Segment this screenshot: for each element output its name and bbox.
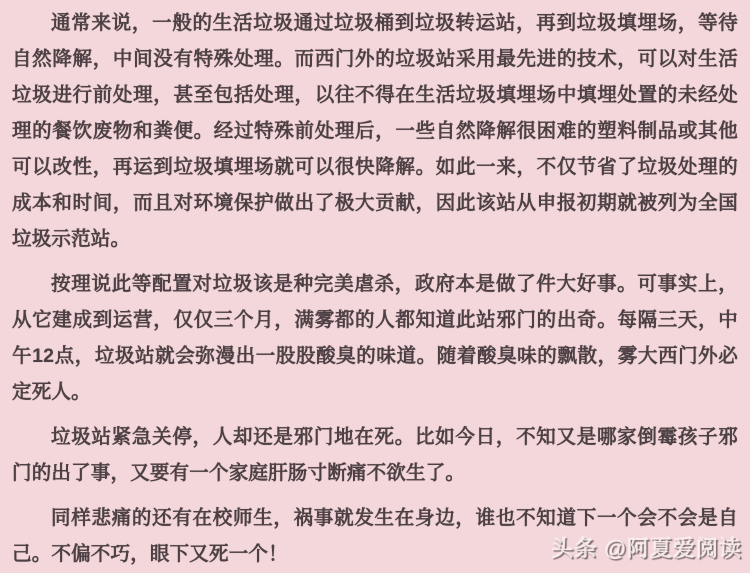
paragraph-1: 通常来说，一般的生活垃圾通过垃圾桶到垃圾转运站，再到垃圾填埋场，等待自然降解，中… [12,5,738,257]
paragraph-3: 垃圾站紧急关停，人却还是邪门地在死。比如今日，不知又是哪家倒霉孩子邪门的出了事，… [12,419,738,491]
watermark: 头条 @阿夏爱阅读 [551,532,742,563]
watermark-text: 头条 @阿夏爱阅读 [551,536,742,561]
article-page: 通常来说，一般的生活垃圾通过垃圾桶到垃圾转运站，再到垃圾填埋场，等待自然降解，中… [0,0,750,573]
paragraph-2: 按理说此等配置对垃圾该是种完美虐杀，政府本是做了件大好事。可事实上，从它建成到运… [12,266,738,410]
article-body: 通常来说，一般的生活垃圾通过垃圾桶到垃圾转运站，再到垃圾填埋场，等待自然降解，中… [12,5,738,572]
